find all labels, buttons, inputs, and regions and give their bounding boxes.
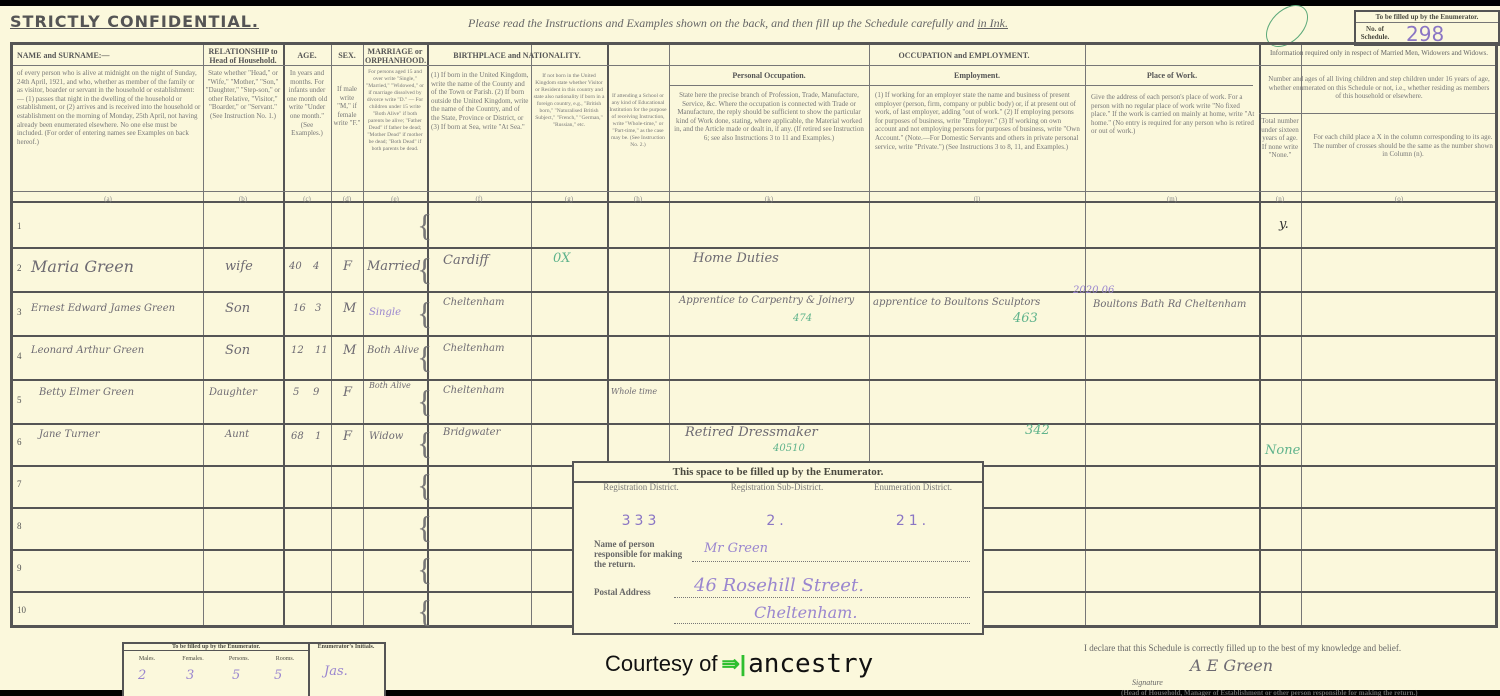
enumerator-box: This space to be filled up by the Enumer… [572, 461, 984, 635]
ancestry-leaf-icon: ⇛| [722, 651, 747, 677]
ancestry-watermark: Courtesy of ⇛| ancestry [605, 649, 873, 679]
signature-label: Signature [1132, 678, 1163, 687]
registration-district: 333 [574, 513, 708, 529]
sub-district: 2. [710, 513, 844, 529]
schedule-number-box: To be filled up by the Enumerator. No. o… [1354, 10, 1500, 46]
signature: A E Green [1190, 656, 1273, 675]
census-schedule: STRICTLY CONFIDENTIAL. Please read the I… [0, 6, 1500, 690]
row-2-name: Maria Green [31, 257, 134, 276]
instruction-line: Please read the Instructions and Example… [468, 16, 1008, 31]
document-title: STRICTLY CONFIDENTIAL. [10, 12, 259, 31]
enumeration-district: 21. [846, 513, 980, 529]
declaration: I declare that this Schedule is correctl… [1084, 643, 1401, 653]
totals-box: To be filled up by the Enumerator. Enume… [122, 642, 386, 696]
signature-note: (Head of Household, Manager of Establish… [1121, 689, 1418, 696]
